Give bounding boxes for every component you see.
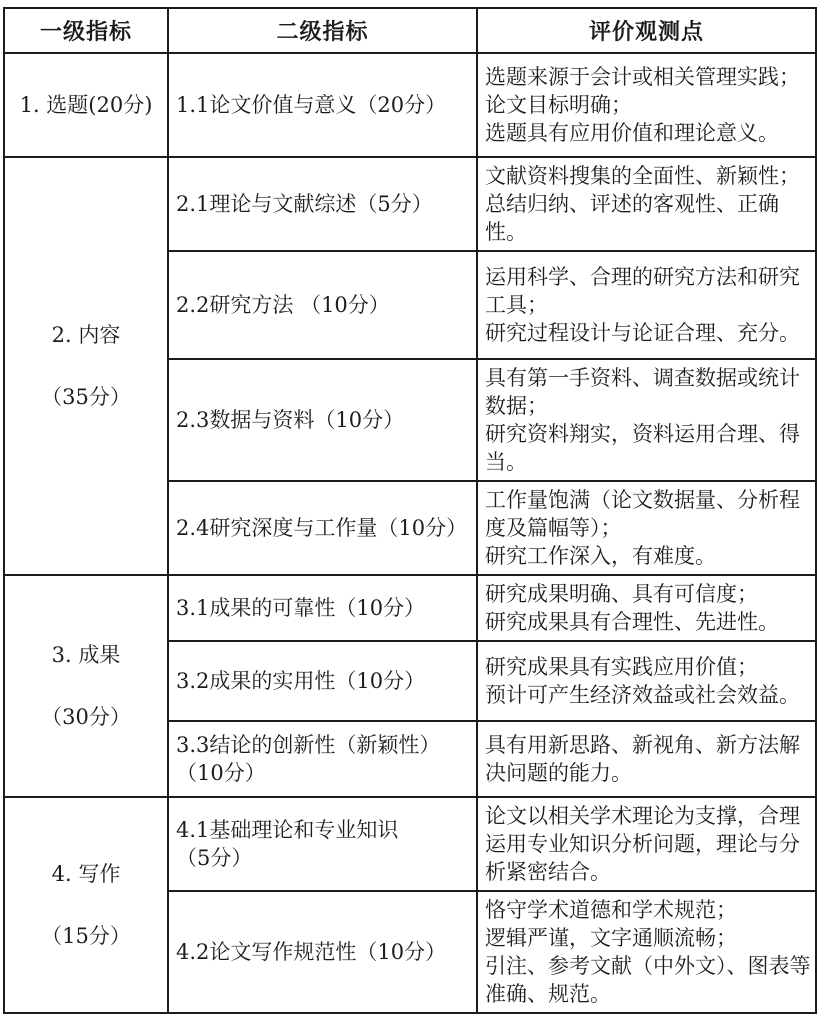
level2-cell: 4.2论文写作规范性（10分） bbox=[168, 891, 477, 1013]
header-row: 一级指标 二级指标 评价观测点 bbox=[4, 8, 816, 53]
level2-cell: 1.1论文价值与意义（20分） bbox=[168, 53, 477, 157]
page: 一级指标 二级指标 评价观测点 1. 选题(20分) 1.1论文价值与意义（20… bbox=[0, 0, 821, 1018]
level2-line: （5分） bbox=[176, 844, 472, 872]
table-row: 4. 写作 （15分） 4.1基础理论和专业知识 （5分） 论文以相关学术理论为… bbox=[4, 797, 816, 891]
points-cell: 选题来源于会计或相关管理实践； 论文目标明确； 选题具有应用价值和理论意义。 bbox=[477, 53, 816, 157]
evaluation-rubric-table: 一级指标 二级指标 评价观测点 1. 选题(20分) 1.1论文价值与意义（20… bbox=[3, 7, 817, 1014]
table-row: 1. 选题(20分) 1.1论文价值与意义（20分） 选题来源于会计或相关管理实… bbox=[4, 53, 816, 157]
level1-cell-content: 2. 内容 （35分） bbox=[4, 157, 168, 575]
level2-line: 2.1理论与文献综述（5分） bbox=[176, 190, 472, 218]
point-line: 选题具有应用价值和理论意义。 bbox=[485, 119, 813, 147]
level2-cell: 3.2成果的实用性（10分） bbox=[168, 641, 477, 721]
level1-cell-topic: 1. 选题(20分) bbox=[4, 53, 168, 157]
points-cell: 研究成果具有实践应用价值； 预计可产生经济效益或社会效益。 bbox=[477, 641, 816, 721]
table-row: 3. 成果 （30分） 3.1成果的可靠性（10分） 研究成果明确、具有可信度；… bbox=[4, 575, 816, 641]
points-cell: 恪守学术道德和学术规范； 逻辑严谨，文字通顺流畅； 引注、参考文献（中外文）、图… bbox=[477, 891, 816, 1013]
point-line: 恪守学术道德和学术规范； bbox=[485, 896, 813, 924]
point-line: 研究过程设计与论证合理、充分。 bbox=[485, 319, 813, 347]
points-cell: 运用科学、合理的研究方法和研究工具； 研究过程设计与论证合理、充分。 bbox=[477, 251, 816, 359]
point-line: 论文以相关学术理论为支撑，合理运用专业知识分析问题，理论与分析紧密结合。 bbox=[485, 802, 813, 886]
point-line: 研究资料翔实，资料运用合理、得当。 bbox=[485, 420, 813, 476]
point-line: 运用科学、合理的研究方法和研究工具； bbox=[485, 263, 813, 319]
level2-cell: 2.1理论与文献综述（5分） bbox=[168, 157, 477, 251]
level2-line: 3.1成果的可靠性（10分） bbox=[176, 594, 472, 622]
level2-cell: 3.3结论的创新性（新颖性） （10分） bbox=[168, 721, 477, 797]
level2-line: 3.3结论的创新性（新颖性） bbox=[176, 731, 472, 759]
level2-cell: 2.4研究深度与工作量（10分） bbox=[168, 481, 477, 575]
point-line: 研究工作深入，有难度。 bbox=[485, 542, 813, 570]
point-line: 选题来源于会计或相关管理实践； bbox=[485, 63, 813, 91]
header-level2: 二级指标 bbox=[168, 8, 477, 53]
level2-cell: 2.2研究方法 （10分） bbox=[168, 251, 477, 359]
point-line: 工作量饱满（论文数据量、分析程度及篇幅等）； bbox=[485, 486, 813, 542]
level1-line: （30分） bbox=[7, 703, 165, 731]
point-line: 研究成果具有实践应用价值； bbox=[485, 653, 813, 681]
points-cell: 具有第一手资料、调查数据或统计数据； 研究资料翔实，资料运用合理、得当。 bbox=[477, 359, 816, 481]
level2-line: 1.1论文价值与意义（20分） bbox=[176, 91, 472, 119]
level2-line: 3.2成果的实用性（10分） bbox=[176, 667, 472, 695]
point-line: 总结归纳、评述的客观性、正确性。 bbox=[485, 190, 813, 246]
points-cell: 论文以相关学术理论为支撑，合理运用专业知识分析问题，理论与分析紧密结合。 bbox=[477, 797, 816, 891]
level1-line: （15分） bbox=[7, 922, 165, 950]
level1-cell-writing: 4. 写作 （15分） bbox=[4, 797, 168, 1013]
level1-cell-results: 3. 成果 （30分） bbox=[4, 575, 168, 797]
level1-line: 1. 选题(20分) bbox=[7, 91, 165, 119]
table-row: 2. 内容 （35分） 2.1理论与文献综述（5分） 文献资料搜集的全面性、新颖… bbox=[4, 157, 816, 251]
header-points: 评价观测点 bbox=[477, 8, 816, 53]
point-line: 具有第一手资料、调查数据或统计数据； bbox=[485, 364, 813, 420]
level2-line: 2.2研究方法 （10分） bbox=[176, 291, 472, 319]
level2-line: 4.2论文写作规范性（10分） bbox=[176, 938, 472, 966]
level2-cell: 3.1成果的可靠性（10分） bbox=[168, 575, 477, 641]
level2-cell: 4.1基础理论和专业知识 （5分） bbox=[168, 797, 477, 891]
points-cell: 具有用新思路、新视角、新方法解决问题的能力。 bbox=[477, 721, 816, 797]
level1-line: 2. 内容 bbox=[7, 321, 165, 349]
point-line: 论文目标明确； bbox=[485, 91, 813, 119]
points-cell: 研究成果明确、具有可信度； 研究成果具有合理性、先进性。 bbox=[477, 575, 816, 641]
points-cell: 工作量饱满（论文数据量、分析程度及篇幅等）； 研究工作深入，有难度。 bbox=[477, 481, 816, 575]
level1-line: 3. 成果 bbox=[7, 641, 165, 669]
point-line: 预计可产生经济效益或社会效益。 bbox=[485, 681, 813, 709]
level2-cell: 2.3数据与资料（10分） bbox=[168, 359, 477, 481]
point-line: 研究成果明确、具有可信度； bbox=[485, 580, 813, 608]
header-level1: 一级指标 bbox=[4, 8, 168, 53]
level2-line: （10分） bbox=[176, 759, 472, 787]
point-line: 研究成果具有合理性、先进性。 bbox=[485, 608, 813, 636]
level2-line: 2.4研究深度与工作量（10分） bbox=[176, 514, 472, 542]
level2-line: 2.3数据与资料（10分） bbox=[176, 406, 472, 434]
point-line: 具有用新思路、新视角、新方法解决问题的能力。 bbox=[485, 731, 813, 787]
level2-line: 4.1基础理论和专业知识 bbox=[176, 816, 472, 844]
point-line: 文献资料搜集的全面性、新颖性； bbox=[485, 162, 813, 190]
level1-line: （35分） bbox=[7, 383, 165, 411]
point-line: 引注、参考文献（中外文）、图表等准确、规范。 bbox=[485, 952, 813, 1008]
level1-line: 4. 写作 bbox=[7, 860, 165, 888]
point-line: 逻辑严谨，文字通顺流畅； bbox=[485, 924, 813, 952]
points-cell: 文献资料搜集的全面性、新颖性； 总结归纳、评述的客观性、正确性。 bbox=[477, 157, 816, 251]
